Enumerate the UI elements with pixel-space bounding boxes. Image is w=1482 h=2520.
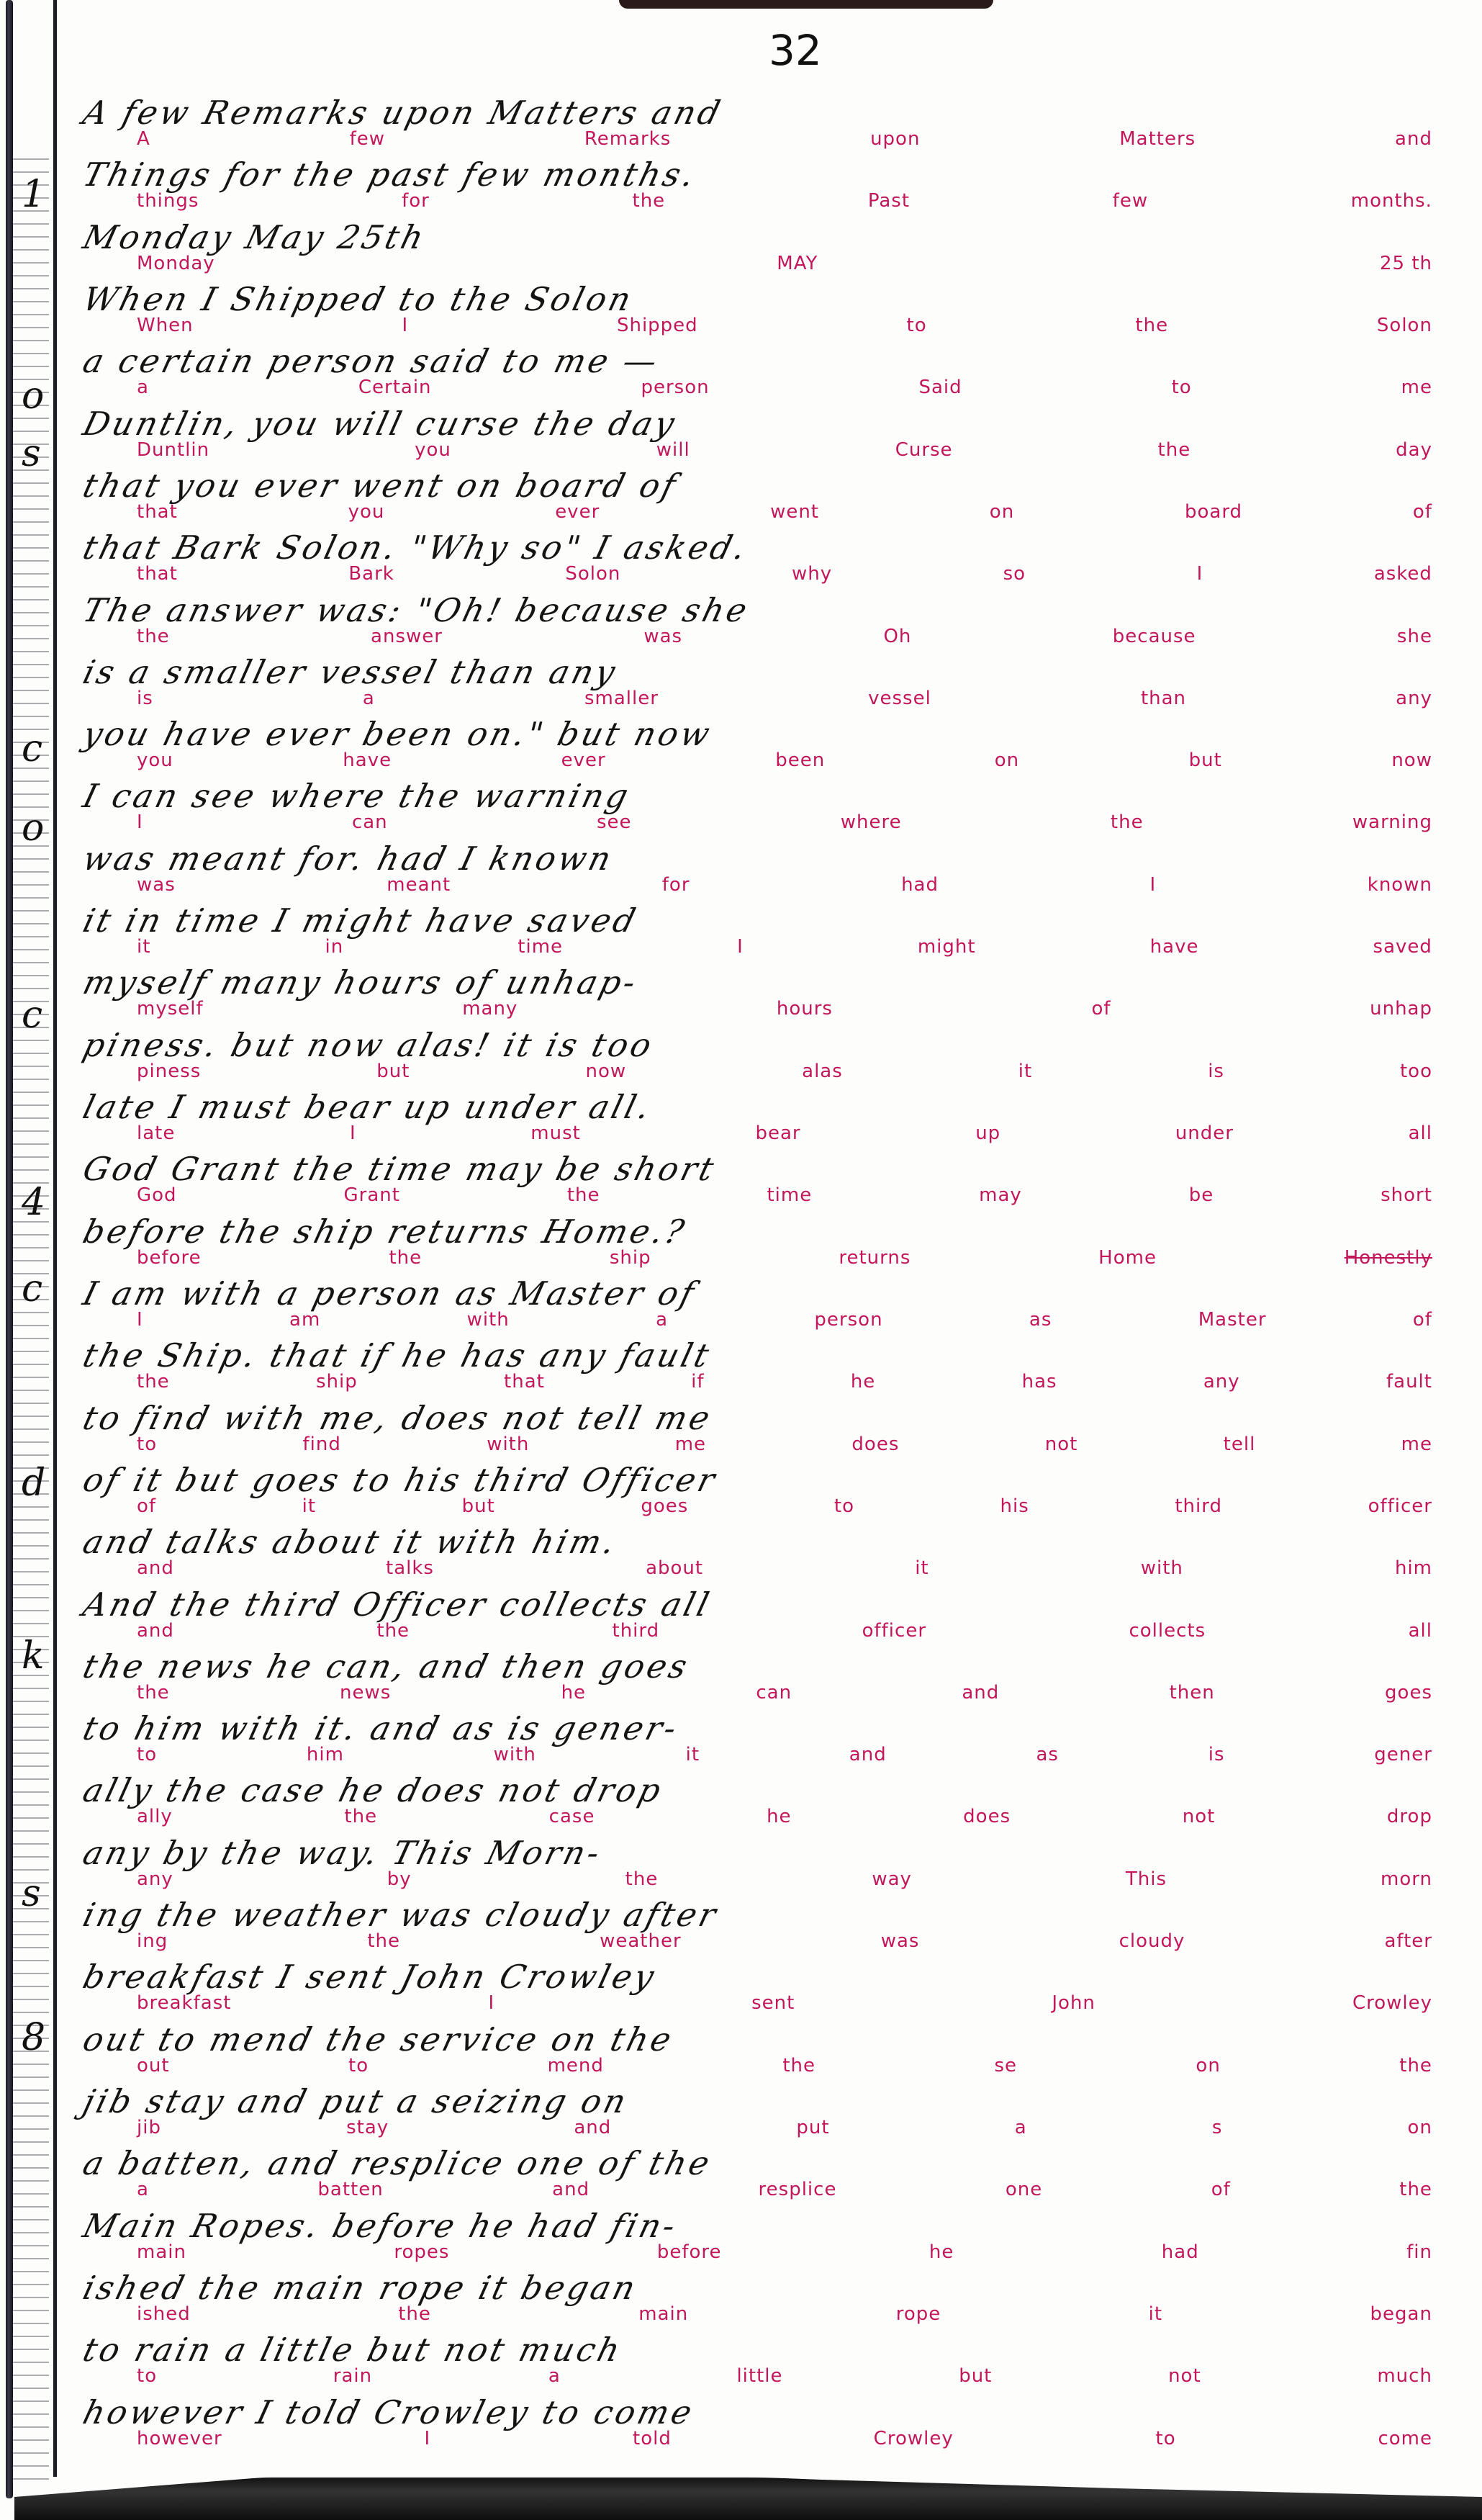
- gloss-word: out: [137, 2055, 170, 2076]
- transcription-gloss: wasmeantforhadIknown: [137, 874, 1432, 896]
- gloss-word: now: [1391, 750, 1432, 771]
- text-line: And the third Officer collects allandthe…: [79, 1585, 1447, 1647]
- transcription-gloss: lateImustbearupunderall: [137, 1122, 1432, 1144]
- handwritten-line: Monday May 25th: [79, 218, 430, 256]
- gloss-word: the: [1399, 2179, 1432, 2200]
- gloss-word: he: [929, 2241, 954, 2263]
- text-line: to find with me, does not tell metofindw…: [79, 1399, 1447, 1461]
- transcription-gloss: IamwithapersonasMasterof: [137, 1309, 1432, 1331]
- gloss-word: does: [851, 1434, 899, 1455]
- handwritten-line: I am with a person as Master of: [79, 1274, 700, 1313]
- gloss-word: you: [137, 750, 173, 771]
- gloss-word: any: [1396, 688, 1432, 709]
- transcription-gloss: abattenandrespliceoneofthe: [137, 2179, 1432, 2200]
- gloss-word: to: [348, 2055, 369, 2076]
- gloss-word: When: [137, 315, 194, 336]
- gloss-word: Remarks: [584, 128, 671, 150]
- transcription-gloss: breakfastIsentJohnCrowley: [137, 1992, 1432, 2014]
- gloss-word: began: [1370, 2303, 1432, 2325]
- transcription-gloss: mainropesbeforehehadfin: [137, 2241, 1432, 2263]
- gloss-word: before: [657, 2241, 722, 2263]
- gloss-word: much: [1377, 2365, 1432, 2387]
- gloss-word: myself: [137, 998, 204, 1020]
- gloss-word: mend: [548, 2055, 604, 2076]
- gloss-word: than: [1141, 688, 1186, 709]
- handwritten-line: God Grant the time may be short: [79, 1150, 720, 1188]
- gloss-word: rope: [896, 2303, 941, 2325]
- handwritten-line: it in time I might have saved: [79, 901, 642, 940]
- transcription-gloss: jibstayandputason: [137, 2117, 1432, 2138]
- gloss-word: you: [415, 439, 451, 461]
- gloss-word: to: [1156, 2428, 1176, 2449]
- gloss-word: time: [767, 1184, 812, 1206]
- gloss-word: hours: [777, 998, 833, 1020]
- handwritten-line: is a smaller vessel than any: [79, 653, 622, 691]
- gloss-word: short: [1381, 1184, 1432, 1206]
- gloss-word: day: [1396, 439, 1432, 461]
- handwritten-line: a certain person said to me —: [79, 342, 664, 380]
- gloss-word: late: [137, 1122, 175, 1144]
- gloss-word: things: [137, 190, 199, 212]
- gloss-word: with: [1141, 1557, 1183, 1579]
- gloss-word: I: [137, 1309, 143, 1331]
- gloss-word: it: [686, 1744, 700, 1765]
- gloss-word: may: [979, 1184, 1022, 1206]
- gloss-word: for: [402, 190, 430, 212]
- gloss-word: Oh: [883, 626, 911, 647]
- handwritten-line: you have ever been on." but now: [79, 715, 716, 753]
- transcription-gloss: Icanseewherethewarning: [137, 811, 1432, 833]
- gloss-word: and: [849, 1744, 887, 1765]
- gloss-word: that: [504, 1371, 545, 1392]
- gloss-word: main: [137, 2241, 186, 2263]
- gloss-word: weather: [600, 1930, 682, 1952]
- text-line: out to mend the service on theouttomendt…: [79, 2020, 1447, 2082]
- gloss-word: the: [1135, 315, 1168, 336]
- transcription-gloss: ingtheweatherwascloudyafter: [137, 1930, 1432, 1952]
- gloss-word: the: [389, 1247, 422, 1269]
- gloss-word: can: [756, 1682, 792, 1704]
- gloss-word: Curse: [895, 439, 953, 461]
- margin-mark: c: [22, 994, 42, 1037]
- gloss-word: known: [1368, 874, 1432, 896]
- transcription-gloss: torainalittlebutnotmuch: [137, 2365, 1432, 2387]
- handwritten-line: When I Shipped to the Solon: [79, 280, 638, 318]
- gloss-word: I: [137, 811, 143, 833]
- gloss-word: ship: [316, 1371, 358, 1392]
- text-line: a batten, and resplice one of theabatten…: [79, 2144, 1447, 2206]
- gloss-word: is: [1208, 1744, 1225, 1765]
- gloss-word: I: [350, 1122, 356, 1144]
- gloss-word: it: [137, 936, 150, 958]
- gloss-word: person: [814, 1309, 882, 1331]
- transcription-gloss: andtalksaboutitwithhim: [137, 1557, 1432, 1579]
- gloss-word: vessel: [868, 688, 931, 709]
- margin-mark: o: [22, 374, 44, 418]
- transcription-gloss: tofindwithmedoesnottellme: [137, 1434, 1432, 1455]
- handwritten-line: the news he can, and then goes: [79, 1647, 694, 1686]
- handwritten-line: however I told Crowley to come: [79, 2393, 698, 2431]
- manuscript-page: 1oscoc4cdks8 32 A few Remarks upon Matte…: [0, 0, 1482, 2520]
- gloss-word: the: [137, 1682, 170, 1704]
- transcription-gloss: aCertainpersonSaidtome: [137, 377, 1432, 398]
- gloss-word: had: [1162, 2241, 1199, 2263]
- gloss-word: am: [289, 1309, 320, 1331]
- gloss-word: now: [585, 1061, 626, 1082]
- gloss-word: however: [137, 2428, 222, 2449]
- gloss-word: so: [1003, 563, 1026, 585]
- gloss-word: with: [494, 1744, 536, 1765]
- gloss-word: news: [340, 1682, 391, 1704]
- gloss-word: it: [915, 1557, 928, 1579]
- gloss-word: person: [641, 377, 709, 398]
- gloss-word: me: [1401, 1434, 1432, 1455]
- gloss-word: put: [796, 2117, 829, 2138]
- gloss-word: piness: [137, 1061, 201, 1082]
- margin-mark: c: [22, 727, 42, 770]
- gloss-word: told: [633, 2428, 672, 2449]
- page-number: 32: [769, 26, 822, 75]
- gloss-word: a: [656, 1309, 668, 1331]
- gloss-word: stay: [346, 2117, 389, 2138]
- gloss-word: fin: [1406, 2241, 1432, 2263]
- gloss-word: his: [1000, 1495, 1029, 1517]
- gloss-word: main: [638, 2303, 688, 2325]
- gloss-word: is: [1208, 1061, 1224, 1082]
- gloss-word: all: [1409, 1122, 1432, 1144]
- gloss-word: too: [1400, 1061, 1432, 1082]
- handwritten-line: was meant for. had I known: [79, 840, 618, 878]
- gloss-word: and: [137, 1557, 174, 1579]
- gloss-word: went: [770, 501, 819, 523]
- gloss-word: I: [402, 315, 408, 336]
- text-line: you have ever been on." but nowyouhaveev…: [79, 715, 1447, 777]
- gloss-word: upon: [870, 128, 920, 150]
- transcription-gloss: outtomendtheseonthe: [137, 2055, 1432, 2076]
- gloss-word: a: [363, 688, 375, 709]
- gloss-word: have: [343, 750, 392, 771]
- handwritten-line: of it but goes to his third Officer: [79, 1461, 721, 1499]
- gloss-word: and: [137, 1620, 174, 1642]
- gloss-word: will: [656, 439, 690, 461]
- gloss-word: come: [1378, 2428, 1432, 2449]
- gloss-word: of: [1413, 501, 1432, 523]
- text-line: it in time I might have saveditintimeImi…: [79, 901, 1447, 963]
- gloss-word: where: [841, 811, 902, 833]
- gloss-word: ally: [137, 1806, 173, 1827]
- gloss-word: to: [907, 315, 927, 336]
- gloss-word: warning: [1352, 811, 1432, 833]
- handwritten-line: Duntlin, you will curse the day: [79, 405, 681, 443]
- transcription-gloss: ofitbutgoestohisthirdofficer: [137, 1495, 1432, 1517]
- gloss-word: I: [737, 936, 744, 958]
- transcription-gloss: theshipthatifhehasanyfault: [137, 1371, 1432, 1392]
- text-line: I am with a person as Master ofIamwithap…: [79, 1274, 1447, 1336]
- text-line: jib stay and put a seizing onjibstayandp…: [79, 2082, 1447, 2144]
- gloss-word: se: [994, 2055, 1017, 2076]
- text-line: When I Shipped to the SolonWhenIShippedt…: [79, 280, 1447, 342]
- text-line: ing the weather was cloudy afteringthewe…: [79, 1896, 1447, 1958]
- gloss-word: that: [137, 563, 178, 585]
- gloss-word: gener: [1374, 1744, 1432, 1765]
- gloss-word: case: [549, 1806, 595, 1827]
- transcription-gloss: pinessbutnowalasitistoo: [137, 1061, 1432, 1082]
- gloss-word: Monday: [137, 253, 215, 274]
- gloss-word: John: [1052, 1992, 1095, 2014]
- text-line: the Ship. that if he has any faulttheshi…: [79, 1336, 1447, 1398]
- gloss-word: to: [1172, 377, 1192, 398]
- transcription-gloss: isasmallervesselthanany: [137, 688, 1432, 709]
- gloss-word: God: [137, 1184, 177, 1206]
- handwritten-line: the Ship. that if he has any fault: [79, 1336, 715, 1374]
- gloss-word: all: [1409, 1620, 1432, 1642]
- gloss-word: collects: [1129, 1620, 1206, 1642]
- gloss-word: the: [782, 2055, 815, 2076]
- gloss-word: Bark: [348, 563, 394, 585]
- transcription-gloss: howeverItoldCrowleytocome: [137, 2428, 1432, 2449]
- gloss-word: to: [137, 2365, 157, 2387]
- gloss-word: with: [487, 1434, 529, 1455]
- gloss-word: before: [137, 1247, 202, 1269]
- gloss-word: breakfast: [137, 1992, 231, 2014]
- gloss-word: Crowley: [1352, 1992, 1432, 2014]
- gloss-word: was: [881, 1930, 920, 1952]
- gloss-word: me: [675, 1434, 706, 1455]
- gloss-word: he: [561, 1682, 586, 1704]
- gloss-word: Past: [868, 190, 910, 212]
- gloss-word: the: [567, 1184, 600, 1206]
- transcription-gloss: andthethirdofficercollectsall: [137, 1620, 1432, 1642]
- gloss-word: after: [1384, 1930, 1432, 1952]
- gloss-word: to: [137, 1434, 157, 1455]
- gloss-word: morn: [1381, 1868, 1432, 1890]
- gloss-word: him: [307, 1744, 344, 1765]
- gloss-word: asked: [1374, 563, 1432, 585]
- gloss-word: and: [552, 2179, 589, 2200]
- gloss-word: board: [1185, 501, 1242, 523]
- gloss-word: the: [398, 2303, 431, 2325]
- gloss-word: is: [137, 688, 153, 709]
- gloss-word: on: [990, 501, 1014, 523]
- text-line: to him with it. and as is gener-tohimwit…: [79, 1709, 1447, 1771]
- text-line: Main Ropes. before he had fin-mainropesb…: [79, 2207, 1447, 2269]
- gloss-word: the: [625, 1868, 659, 1890]
- margin-mark: 1: [22, 173, 45, 216]
- gloss-word: smaller: [584, 688, 659, 709]
- handwritten-line: and talks about it with him.: [79, 1523, 622, 1561]
- transcription-gloss: theanswerwasOhbecauseshe: [137, 626, 1432, 647]
- gloss-word: any: [137, 1868, 173, 1890]
- gloss-word: few: [350, 128, 385, 150]
- gloss-word: been: [775, 750, 825, 771]
- gloss-word: me: [1401, 377, 1432, 398]
- gloss-word: to: [137, 1744, 157, 1765]
- gloss-word: a: [137, 2179, 149, 2200]
- text-line: Monday May 25thMondayMAY25 th: [79, 218, 1447, 280]
- gloss-word: I: [1197, 563, 1203, 585]
- transcription-gloss: anybythewayThismorn: [137, 1868, 1432, 1890]
- gloss-word: by: [387, 1868, 412, 1890]
- transcription-gloss: GodGrantthetimemaybeshort: [137, 1184, 1432, 1206]
- gloss-word: but: [376, 1061, 410, 1082]
- gloss-word: answer: [371, 626, 443, 647]
- text-line: to rain a little but not muchtorainalitt…: [79, 2331, 1447, 2393]
- gloss-word: have: [1150, 936, 1199, 958]
- gloss-word: Certain: [358, 377, 432, 398]
- gloss-word: of: [1211, 2179, 1231, 2200]
- text-line: God Grant the time may be shortGodGrantt…: [79, 1150, 1447, 1212]
- gloss-word: many: [462, 998, 518, 1020]
- text-line: before the ship returns Home.?beforethes…: [79, 1212, 1447, 1274]
- gloss-word: see: [597, 811, 632, 833]
- margin-marks: 1oscoc4cdks8: [22, 0, 65, 2520]
- gloss-word: MAY: [777, 253, 818, 274]
- gloss-word: for: [662, 874, 690, 896]
- gloss-word: a: [137, 377, 149, 398]
- handwritten-line: that you ever went on board of: [79, 467, 682, 505]
- gloss-word: on: [995, 750, 1019, 771]
- gloss-word: ished: [137, 2303, 191, 2325]
- gloss-word: of: [1092, 998, 1111, 1020]
- handwritten-line: ished the main rope it began: [79, 2269, 642, 2307]
- handwritten-line: any by the way. This Morn-: [79, 1834, 606, 1872]
- handwritten-line: jib stay and put a seizing on: [79, 2082, 633, 2120]
- gloss-word: was: [137, 874, 176, 896]
- gloss-word: saved: [1373, 936, 1432, 958]
- gloss-word: must: [530, 1122, 581, 1144]
- gloss-word: little: [736, 2365, 782, 2387]
- gloss-word: has: [1022, 1371, 1057, 1392]
- text-line: piness. but now alas! it is toopinessbut…: [79, 1026, 1447, 1088]
- gloss-word: This: [1126, 1868, 1167, 1890]
- gloss-word: to: [834, 1495, 854, 1517]
- text-line: that you ever went on board ofthatyoueve…: [79, 467, 1447, 528]
- gloss-word: can: [352, 811, 388, 833]
- gloss-word: not: [1168, 2365, 1201, 2387]
- text-line: any by the way. This Morn-anybythewayThi…: [79, 1834, 1447, 1896]
- handwritten-line: ally the case he does not drop: [79, 1771, 667, 1809]
- gloss-word: Honestly: [1345, 1247, 1432, 1269]
- text-line: A few Remarks upon Matters andAfewRemark…: [79, 94, 1447, 156]
- gloss-word: Solon: [565, 563, 620, 585]
- transcription-gloss: AfewRemarksuponMattersand: [137, 128, 1432, 150]
- gloss-word: the: [137, 1371, 170, 1392]
- gloss-word: Grant: [343, 1184, 399, 1206]
- gloss-word: find: [302, 1434, 340, 1455]
- gloss-word: but: [1189, 750, 1222, 771]
- gloss-word: might: [918, 936, 976, 958]
- transcription-gloss: ishedthemainropeitbegan: [137, 2303, 1432, 2325]
- gloss-word: cloudy: [1119, 1930, 1185, 1952]
- transcription-gloss: DuntlinyouwillCursetheday: [137, 439, 1432, 461]
- gloss-word: unhap: [1370, 998, 1432, 1020]
- text-line: that Bark Solon. "Why so" I asked.thatBa…: [79, 528, 1447, 590]
- handwritten-line: Main Ropes. before he had fin-: [79, 2207, 682, 2245]
- transcription-gloss: thatyoueverwentonboardof: [137, 501, 1432, 523]
- gloss-word: as: [1036, 1744, 1058, 1765]
- gloss-word: the: [344, 1806, 377, 1827]
- gloss-word: it: [302, 1495, 316, 1517]
- gloss-word: why: [792, 563, 832, 585]
- gloss-word: ever: [561, 750, 606, 771]
- gloss-word: of: [1413, 1309, 1432, 1331]
- gloss-word: returns: [839, 1247, 911, 1269]
- handwritten-line: breakfast I sent John Crowley: [79, 1958, 661, 1996]
- handwritten-line: ing the weather was cloudy after: [79, 1896, 723, 1934]
- gloss-word: ship: [610, 1247, 651, 1269]
- gloss-word: the: [633, 190, 666, 212]
- gloss-word: I: [488, 1992, 494, 2014]
- transcription-gloss: myselfmanyhoursofunhap: [137, 998, 1432, 1020]
- gloss-word: on: [1408, 2117, 1432, 2138]
- gloss-word: third: [613, 1620, 660, 1642]
- text-line: myself many hours of unhap-myselfmanyhou…: [79, 963, 1447, 1025]
- text-line: The answer was: "Oh! because shetheanswe…: [79, 591, 1447, 653]
- gloss-word: be: [1189, 1184, 1214, 1206]
- text-line: Things for the past few months.thingsfor…: [79, 156, 1447, 217]
- gloss-word: on: [1196, 2055, 1220, 2076]
- transcription-gloss: tohimwithitandasisgener: [137, 1744, 1432, 1765]
- gloss-word: in: [325, 936, 344, 958]
- gloss-word: third: [1175, 1495, 1222, 1517]
- gloss-word: it: [1149, 2303, 1162, 2325]
- gloss-word: way: [872, 1868, 912, 1890]
- text-line: a certain person said to me —aCertainper…: [79, 342, 1447, 404]
- transcription-gloss: WhenIShippedtotheSolon: [137, 315, 1432, 336]
- text-line: I can see where the warningIcanseewheret…: [79, 777, 1447, 839]
- gloss-word: it: [1018, 1061, 1032, 1082]
- page-bottom-edge: [14, 2462, 1482, 2520]
- gloss-word: officer: [862, 1620, 926, 1642]
- gloss-word: Crowley: [874, 2428, 954, 2449]
- gloss-word: months.: [1351, 190, 1432, 212]
- gloss-word: of: [137, 1495, 156, 1517]
- gloss-word: not: [1045, 1434, 1078, 1455]
- gloss-word: time: [518, 936, 563, 958]
- margin-mark: k: [22, 1634, 45, 1678]
- gloss-word: the: [1399, 2055, 1432, 2076]
- transcription-gloss: beforetheshipreturnsHomeHonestly: [137, 1247, 1432, 1269]
- gloss-word: talks: [386, 1557, 434, 1579]
- gloss-word: Duntlin: [137, 439, 209, 461]
- margin-mark: s: [22, 1872, 41, 1915]
- gloss-word: few: [1113, 190, 1148, 212]
- transcription-gloss: thatBarkSolonwhysoIasked: [137, 563, 1432, 585]
- gloss-word: resplice: [759, 2179, 837, 2200]
- gloss-word: because: [1113, 626, 1196, 647]
- text-line: was meant for. had I knownwasmeantforhad…: [79, 840, 1447, 901]
- gloss-word: meant: [387, 874, 451, 896]
- transcription-gloss: thenewshecanandthengoes: [137, 1682, 1432, 1704]
- gloss-word: as: [1029, 1309, 1052, 1331]
- gloss-word: Said: [919, 377, 962, 398]
- handwritten-line: piness. but now alas! it is too: [79, 1026, 658, 1064]
- gloss-word: fault: [1386, 1371, 1432, 1392]
- gloss-word: one: [1006, 2179, 1042, 2200]
- gloss-word: about: [646, 1557, 703, 1579]
- transcription-gloss: allythecasehedoesnotdrop: [137, 1806, 1432, 1827]
- margin-mark: c: [22, 1267, 42, 1310]
- handwritten-line: The answer was: "Oh! because she: [79, 591, 754, 629]
- handwritten-line: I can see where the warning: [79, 777, 635, 815]
- text-line: of it but goes to his third Officerofitb…: [79, 1461, 1447, 1523]
- gloss-word: batten: [317, 2179, 383, 2200]
- handwritten-line: a batten, and resplice one of the: [79, 2144, 716, 2182]
- gloss-word: the: [367, 1930, 400, 1952]
- handwritten-line: Things for the past few months.: [79, 156, 701, 194]
- gloss-word: then: [1170, 1682, 1215, 1704]
- gloss-word: but: [462, 1495, 495, 1517]
